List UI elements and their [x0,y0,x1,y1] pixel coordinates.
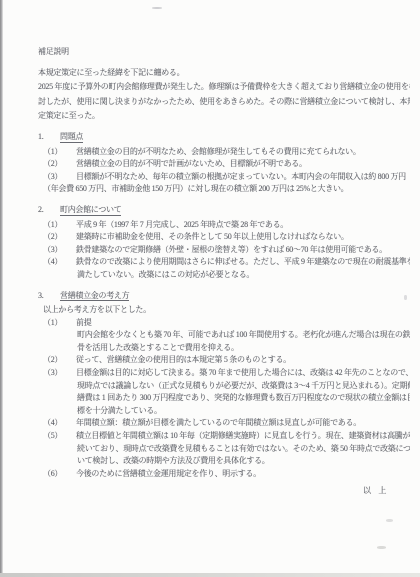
item-marker: （4） [43,256,76,269]
section: 1.問題点（1）営繕積立金の目的が不明なため、会館修理が発生してもその費用に充て… [38,130,410,196]
item-text: 鉄骨建築なので定期修繕（外壁・屋根の塗替え等）をすれば 60～70 年は使用可能… [76,245,387,254]
text-line: 2025 年度に予算外の町内会館修理費が発生した。修理額は予備費枠を大きく超えて… [38,80,410,94]
section-number: 1. [38,130,60,144]
list-item-line: （4）年間積立額：積立額が目標を満たしているので年間積立額は見直しが可能である。 [38,417,410,430]
continuation-line: 繕費は 1 回あたり 300 万円程度であり、突発的な修理費も数百万円程度なので… [38,392,410,405]
item-marker: （2） [43,231,76,244]
item-marker: （1） [43,219,76,232]
item-text: 鉄骨なので改築により使用期間はさらに伸ばせる。ただし、平成 9 年建築なので現在… [76,257,410,266]
closing-mark: 以 上 [38,484,410,497]
continuation-line: （年会費 650 万円、市補助金他 150 万円）に対し現在の積立額 200 万… [38,183,410,196]
continuation-line: 骨を活用した改築とすることで費用を抑える。 [38,342,410,355]
item-text: 営繕積立金の目的が不明なため、会館修理が発生してもその費用に充てられない。 [76,147,361,156]
section: 3.営繕積立金の考え方以上から考え方を以下とした。（1）前提町内会館を少なくとも… [38,289,410,481]
list-item-line: （1）前提 [38,317,410,330]
section-number: 3. [38,289,60,303]
section-title: 町内会館について [60,205,121,216]
section: 2.町内会館について（1）平成 9 年（1997 年 7 月完成し、2025 年… [38,203,410,281]
item-marker: （4） [43,417,76,430]
text-line: 本規定策定に至った経緯を下記に纏める。 [38,66,410,80]
item-marker: （1） [43,146,76,159]
list-item-line: （2）建築時に市補助金を使用、その条件として 50 年以上使用しなければならない… [38,231,410,244]
scanned-document-page: 補足説明 本規定策定に至った経緯を下記に纏める。2025 年度に予算外の町内会館… [0,0,420,577]
item-text: 目標額が不明なため、毎年の積立額の根拠が定まっていない。本町内会の年間収入は約 … [76,172,406,181]
item-text: 従って、営繕積立金の使用目的は本規定第 5 条のものとする。 [76,355,291,364]
section-heading-line: 2.町内会館について [38,203,410,217]
item-marker: （3） [43,367,76,380]
scan-edge-left-2 [2,0,3,577]
list-item-line: （1）平成 9 年（1997 年 7 月完成し、2025 年時点で築 28 年で… [38,219,410,232]
item-text: 今後のために営繕積立金運用規定を作り、明示する。 [76,469,261,478]
scan-artifact [404,295,407,300]
list-item-line: （4）鉄骨なので改築により使用期間はさらに伸ばせる。ただし、平成 9 年建築なの… [38,256,410,269]
intro-paragraph: 本規定策定に至った経緯を下記に纏める。2025 年度に予算外の町内会館修理費が発… [38,66,410,123]
item-marker: （3） [43,171,76,184]
section-title: 問題点 [60,132,83,143]
scan-artifact [377,546,386,549]
section-lead: 以上から考え方を以下とした。 [38,304,410,317]
scan-edge-bottom [0,573,420,577]
continuation-line: 町内会館を少なくとも築 70 年、可能であれば 100 年間使用する。老朽化が進… [38,329,410,342]
continuation-line: 現時点では議論しない（正式な見積もりが必要だが、改築費は 3～4 千万円と見込ま… [38,380,410,393]
section-heading-line: 3.営繕積立金の考え方 [38,289,410,303]
list-item-line: （5）積立目標値と年間積立額は 10 年毎（定期修繕実施時）に見直しを行う。現在… [38,430,410,443]
item-marker: （1） [43,317,76,330]
document-title: 補足説明 [38,45,410,58]
item-marker: （2） [43,158,76,171]
item-marker: （6） [43,468,76,481]
list-item-line: （3）目標額が不明なため、毎年の積立額の根拠が定まっていない。本町内会の年間収入… [38,171,410,184]
item-text: 平成 9 年（1997 年 7 月完成し、2025 年時点で築 28 年である。 [76,220,288,229]
item-text: 年間積立額：積立額が目標を満たしているので年間積立額は見直しが可能である。 [76,418,361,427]
list-item-line: （3）目標金額は目的に対応して決まる。築 70 年まで使用した場合には、改築は … [38,367,410,380]
item-marker: （3） [43,244,76,257]
item-text: 目標金額は目的に対応して決まる。築 70 年まで使用した場合には、改築は 42 … [76,368,410,377]
continuation-line: 続いており、現時点で改築費を見積もることは有効ではない。そのため、築 50 年時… [38,443,410,456]
list-item-line: （3）鉄骨建築なので定期修繕（外壁・屋根の塗替え等）をすれば 60～70 年は使… [38,244,410,257]
continuation-line: 標を十分満たしている。 [38,405,410,418]
item-text: 営繕積立金の目的が不明で計画がないため、目標額が不明である。 [76,159,307,168]
list-item-line: （1）営繕積立金の目的が不明なため、会館修理が発生してもその費用に充てられない。 [38,146,410,159]
sections: 1.問題点（1）営繕積立金の目的が不明なため、会館修理が発生してもその費用に充て… [38,130,410,480]
continuation-line: いて検討し、改築の時期や方法及び費用を具体化する。 [38,455,410,468]
item-marker: （5） [43,430,76,443]
continuation-line: 満たしていない。改築にはこの対応が必要となる。 [38,269,410,282]
list-item-line: （6）今後のために営繕積立金運用規定を作り、明示する。 [38,468,410,481]
item-text: 積立目標値と年間積立額は 10 年毎（定期修繕実施時）に見直しを行う。現在、建築… [76,431,410,440]
item-marker: （2） [43,354,76,367]
section-number: 2. [38,203,60,217]
section-heading-line: 1.問題点 [38,130,410,144]
text-line: 討したが、使用に関し決まりがなかったため、使用をあきらめた。その際に営繕積立金に… [38,95,410,109]
item-text: 建築時に市補助金を使用、その条件として 50 年以上使用しなければならない。 [76,232,349,241]
section-title: 営繕積立金の考え方 [60,291,129,302]
scan-artifact [152,7,162,9]
scan-artifact [386,519,393,522]
item-text: 前提 [76,318,91,327]
list-item-line: （2）営繕積立金の目的が不明で計画がないため、目標額が不明である。 [38,158,410,171]
text-line: 定策定に至った。 [38,109,410,123]
list-item-line: （2）従って、営繕積立金の使用目的は本規定第 5 条のものとする。 [38,354,410,367]
